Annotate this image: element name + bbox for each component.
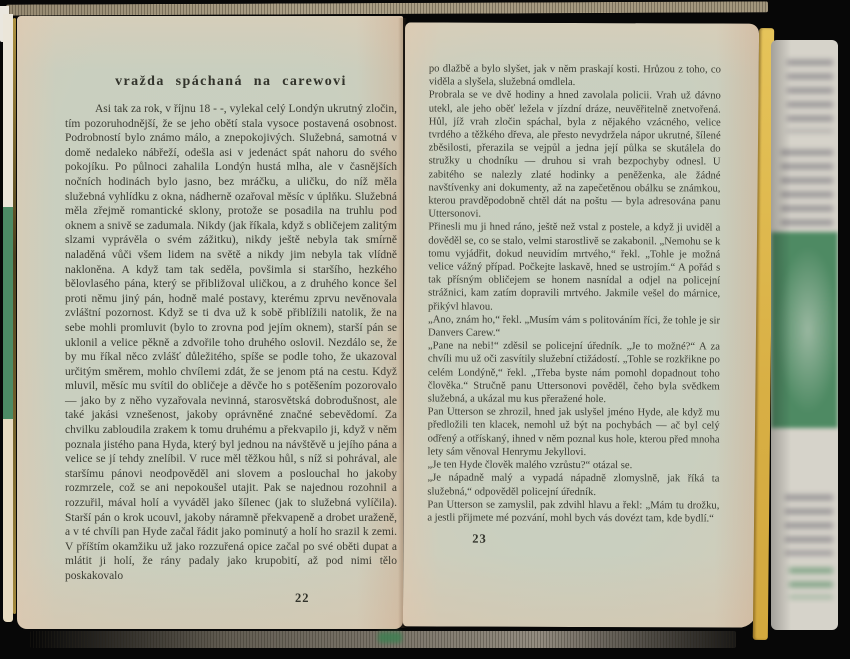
paragraph: „Ano, znám ho,“ řekl. „Musím vám s polit… <box>428 313 720 340</box>
page-number-left: 22 <box>65 591 397 606</box>
page-number-right: 23 <box>427 532 719 548</box>
paragraph: Přinesli mu ji hned ráno, ještě než vsta… <box>428 221 720 314</box>
green-bookmark-smudge <box>378 632 402 643</box>
top-page-edges <box>6 1 768 15</box>
right-page-text: po dlažbě a bylo slyšet, jak v něm prask… <box>427 62 721 525</box>
paragraph: Asi tak za rok, v říjnu 18 - -, vylekal … <box>65 102 397 584</box>
paragraph: „Je ten Hyde člověk malého vzrůstu?“ otá… <box>427 459 719 473</box>
cover-edge-cream <box>3 419 13 622</box>
paragraph: Probrala se ve dvě hodiny a hned zavolal… <box>428 89 720 222</box>
left-page-content: vražda spáchaná na carewovi Asi tak za r… <box>17 16 403 606</box>
paragraph: Pan Utterson se zhrozil, hned jak uslyše… <box>428 406 720 460</box>
chapter-heading: vražda spáchaná na carewovi <box>65 74 397 90</box>
left-page: vražda spáchaná na carewovi Asi tak za r… <box>17 16 403 629</box>
left-page-text: Asi tak za rok, v říjnu 18 - -, vylekal … <box>65 102 397 584</box>
right-page: po dlažbě a bylo slyšet, jak v něm prask… <box>403 22 759 627</box>
blurred-background-page <box>771 40 838 630</box>
paragraph: „Pane na nebi!“ zděsil se policejní úřed… <box>428 340 720 407</box>
paragraph: po dlažbě a bylo slyšet, jak v něm prask… <box>429 62 721 89</box>
paragraph: „Je nápadně malý a vypadá nápadně zlomys… <box>427 472 719 499</box>
cover-edge-white <box>3 14 13 207</box>
cover-edge-green <box>3 207 13 419</box>
shadow-veil <box>771 40 838 630</box>
paragraph: Pan Utterson se zamyslil, pak zdvihl hla… <box>427 498 719 525</box>
right-page-content: po dlažbě a bylo slyšet, jak v něm prask… <box>403 22 759 547</box>
page-block-edge-sliver <box>13 18 16 614</box>
open-book-photo: vražda spáchaná na carewovi Asi tak za r… <box>0 0 850 659</box>
